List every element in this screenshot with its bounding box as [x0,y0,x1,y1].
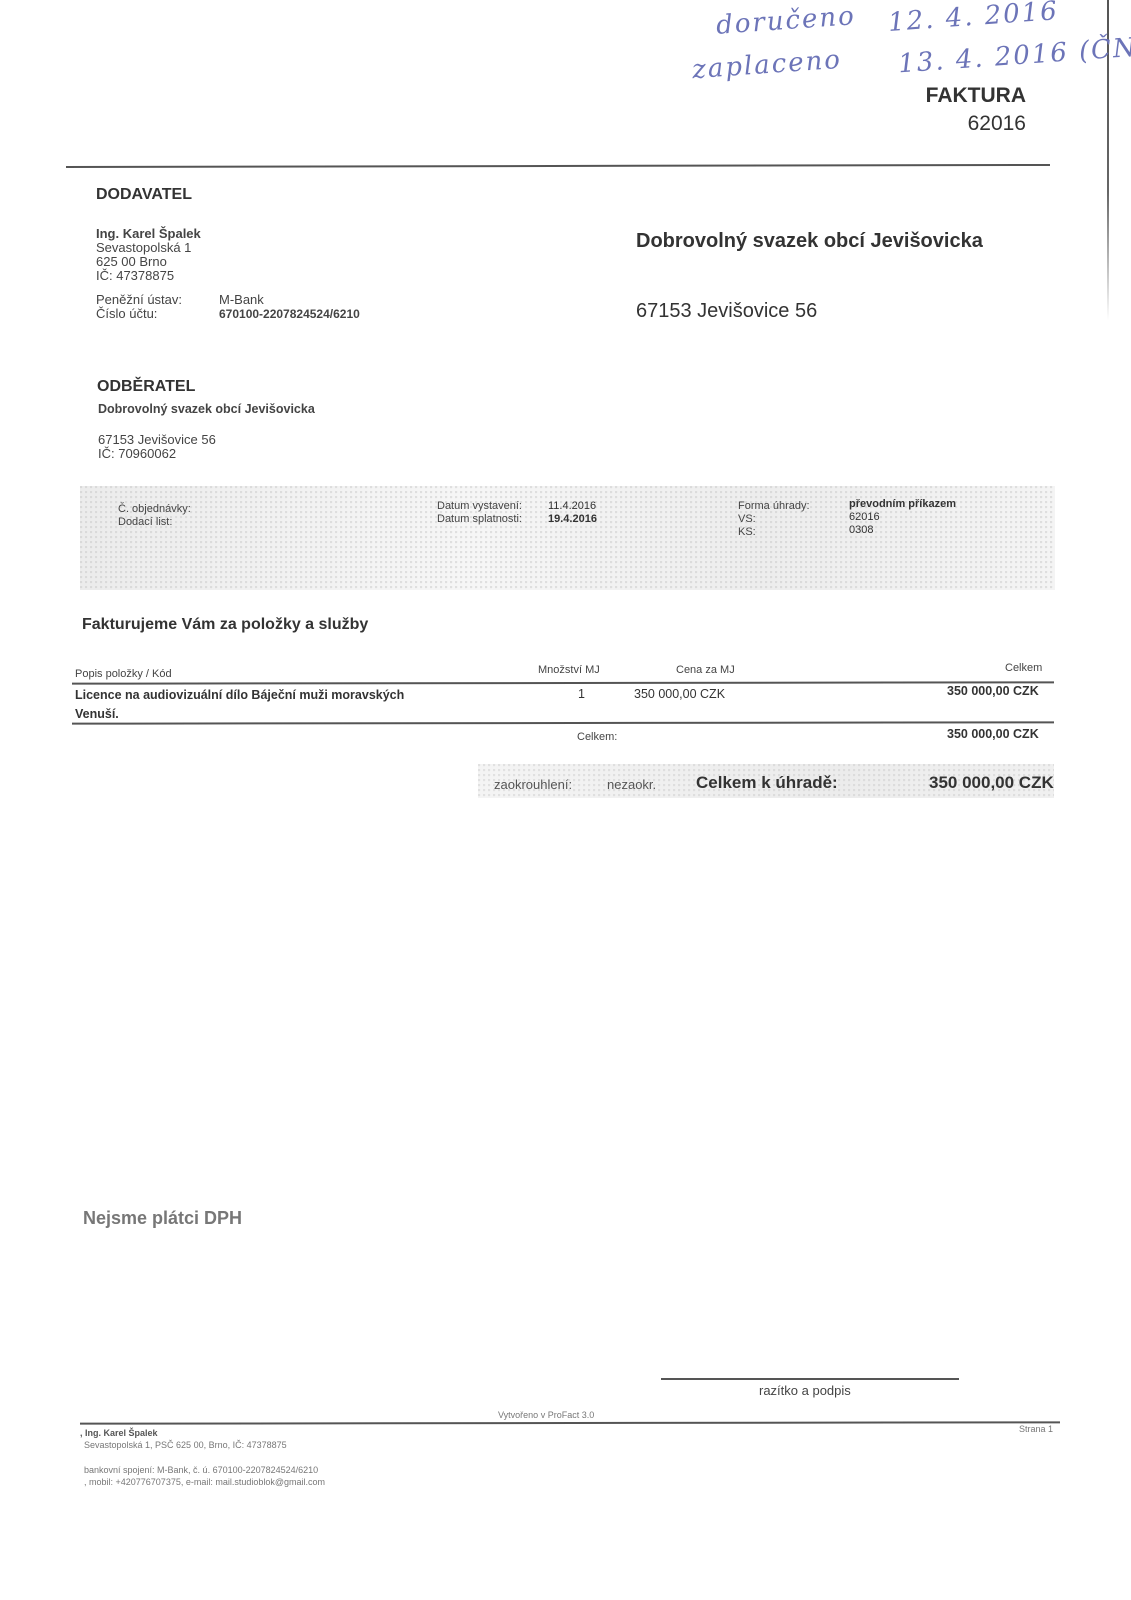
ks-value: 0308 [849,524,873,537]
due-date-label: Datum splatnosti: [437,513,522,526]
payment-method-value: převodním příkazem [849,498,956,511]
footer-divider [80,1421,1060,1424]
page-number: Strana 1 [1019,1424,1053,1435]
delivery-note-label: Dodací list: [118,516,172,529]
supplier-city: 625 00 Brno [96,255,201,269]
payment-method-label: Forma úhrady: [738,500,810,513]
item-description-line1: Licence na audiovizuální dílo Báječní mu… [75,688,404,702]
footer-supplier-name: , Ing. Karel Špalek [80,1428,158,1439]
invoice-number: 62016 [926,112,1026,136]
subtotal-value: 350 000,00 CZK [947,727,1039,741]
order-number-label: Č. objednávky: [118,503,191,516]
item-description-line2: Venuší. [75,707,119,721]
invoice-title-block: FAKTURA 62016 [926,84,1026,136]
supplier-account-label: Číslo účtu: [96,307,157,321]
vs-label: VS: [738,513,756,526]
subtotal-label: Celkem: [577,731,617,743]
recipient-city: 67153 Jevišovice 56 [636,300,817,323]
handwritten-paid-label: zaplaceno [691,45,843,85]
handwritten-delivered-date: 12. 4. 2016 [887,0,1060,38]
total-due-value: 350 000,00 CZK [929,773,1054,793]
supplier-block: Ing. Karel Špalek Sevastopolská 1 625 00… [96,227,201,283]
recipient-name: Dobrovolný svazek obcí Jevišovicka [636,230,983,253]
supplier-bank-label: Peněžní ústav: [96,293,182,307]
issue-date-value: 11.4.2016 [548,500,596,513]
ks-label: KS: [738,526,756,539]
header-divider [66,164,1050,168]
supplier-name: Ing. Karel Špalek [96,227,201,241]
footer-contact: , mobil: +420776707375, e-mail: mail.stu… [84,1477,325,1488]
rounding-value: nezaokr. [607,777,656,792]
table-header-divider [72,681,1054,684]
customer-heading: ODBĚRATEL [97,378,195,396]
item-total: 350 000,00 CZK [947,684,1039,698]
signature-label: razítko a podpis [759,1383,851,1398]
column-total: Celkem [1005,662,1042,674]
footer-bank-details: bankovní spojení: M-Bank, č. ú. 670100-2… [84,1465,318,1476]
supplier-account-value: 670100-2207824524/6210 [219,307,360,321]
rounding-label: zaokrouhlení: [494,777,572,792]
issue-date-label: Datum vystavení: [437,500,522,513]
column-quantity: Množství MJ [538,664,600,676]
supplier-bank-value: M-Bank [219,293,264,307]
column-unit-price: Cena za MJ [676,664,735,676]
table-body-divider [72,721,1054,724]
footer-supplier-address: Sevastopolská 1, PSČ 625 00, Brno, IČ: 4… [84,1440,287,1451]
vs-value: 62016 [849,511,880,524]
handwritten-delivered-label: doručeno [715,1,857,41]
due-date-value: 19.4.2016 [548,513,597,526]
supplier-heading: DODAVATEL [96,186,192,204]
created-with: Vytvořeno v ProFact 3.0 [498,1410,594,1421]
item-quantity: 1 [578,687,585,701]
column-description: Popis položky / Kód [75,668,172,680]
supplier-ic: IČ: 47378875 [96,269,201,283]
item-unit-price: 350 000,00 CZK [634,687,725,701]
handwritten-paid-date: 13. 4. 2016 (ČN3) [897,31,1131,80]
vat-note: Nejsme plátci DPH [83,1208,242,1229]
total-due-label: Celkem k úhradě: [696,773,838,793]
customer-ic: IČ: 70960062 [98,447,176,461]
supplier-street: Sevastopolská 1 [96,241,201,255]
invoice-title: FAKTURA [926,84,1026,108]
items-heading: Fakturujeme Vám za položky a služby [82,616,368,634]
signature-line [661,1378,959,1380]
customer-city: 67153 Jevišovice 56 [98,433,216,447]
customer-name: Dobrovolný svazek obcí Jevišovicka [98,402,315,416]
